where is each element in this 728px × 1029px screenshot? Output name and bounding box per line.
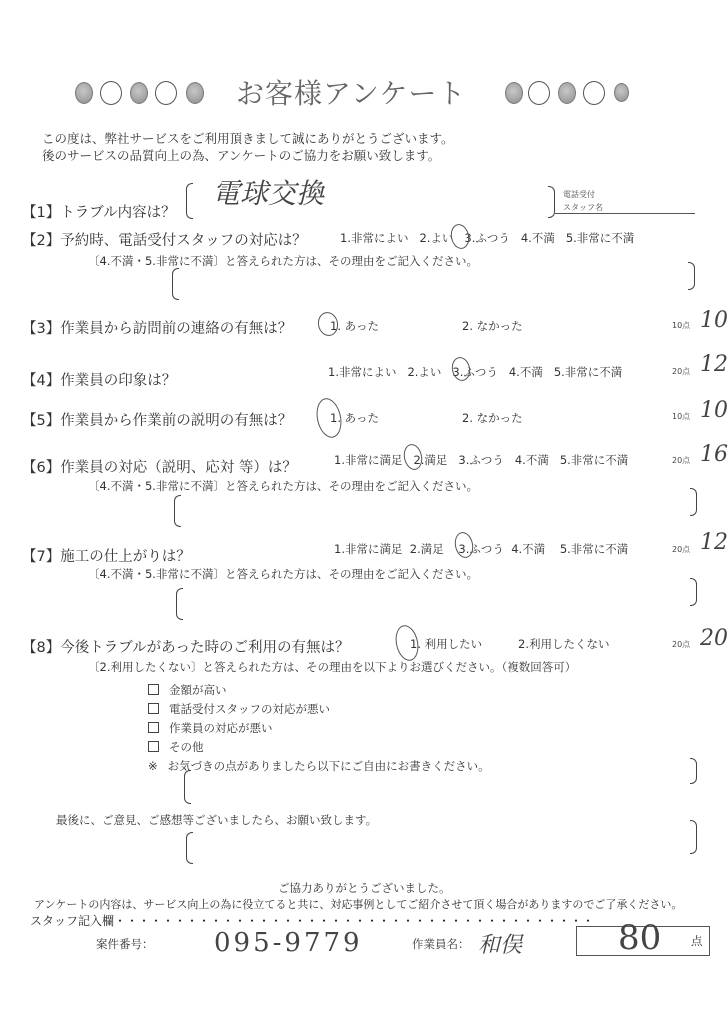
question-4-options: 1.非常によい 2.よい 3.ふつう 4.不満 5.非常に不満 bbox=[328, 364, 622, 380]
reason-bracket-right bbox=[688, 262, 695, 290]
question-6-options: 1.非常に満足 2.満足 3.ふつう 4.不満 5.非常に不満 bbox=[334, 452, 628, 468]
reason-bracket-left bbox=[176, 588, 183, 620]
score-value: 20 bbox=[700, 626, 728, 651]
option-3[interactable]: 3.ふつう bbox=[458, 453, 503, 467]
open-circle-icon bbox=[155, 81, 177, 105]
reason-bracket-left bbox=[174, 495, 181, 527]
checkbox-label: 電話受付スタッフの対応が悪い bbox=[169, 702, 330, 716]
staff-section-label: スタッフ記入欄・・・・・・・・・・・・・・・・・・・・・・・・・・・・・・・・・… bbox=[30, 912, 670, 929]
option-5[interactable]: 5.非常に不満 bbox=[560, 453, 628, 467]
filled-dot-icon bbox=[186, 82, 204, 104]
score-value: 10 bbox=[700, 308, 728, 333]
question-number: 【2】 bbox=[22, 233, 60, 249]
case-number-value[interactable]: 095-9779 bbox=[214, 928, 363, 958]
note-mark-icon: ※ bbox=[148, 759, 158, 773]
question-6: 【6】作業員の対応（説明、応対 等）は？ bbox=[22, 456, 297, 477]
worker-name-label: 作業員名： bbox=[412, 936, 470, 952]
max-points: 20点 bbox=[672, 366, 690, 377]
filled-dot-icon bbox=[130, 82, 148, 104]
question-number: 【4】 bbox=[22, 373, 60, 389]
reason-prompt: 〔4.不満・5.非常に不満〕と答えられた方は、その理由をご記入ください。 bbox=[88, 253, 478, 269]
option-2[interactable]: 2. なかった bbox=[462, 410, 523, 426]
checkbox-label: その他 bbox=[169, 740, 204, 754]
option-2[interactable]: 2.利用したくない bbox=[518, 636, 609, 652]
final-comment-prompt: 最後に、ご意見、ご感想等ございましたら、お願い致します。 bbox=[56, 812, 377, 828]
checkbox-item[interactable]: 作業員の対応が悪い bbox=[148, 719, 490, 738]
note-line: ※お気づきの点がありましたら以下にご自由にお書きください。 bbox=[148, 757, 490, 776]
question-7: 【7】施工の仕上がりは？ bbox=[22, 545, 191, 566]
filled-dot-icon bbox=[505, 82, 523, 104]
option-1[interactable]: 1.非常によい bbox=[328, 365, 396, 379]
question-number: 【7】 bbox=[22, 549, 60, 565]
phone-staff-name-label: 電話受付 スタッフ名 bbox=[563, 188, 603, 214]
max-points: 10点 bbox=[672, 320, 690, 331]
score-value: 16 bbox=[700, 442, 728, 467]
reason-prompt: 〔4.不満・5.非常に不満〕と答えられた方は、その理由をご記入ください。 bbox=[88, 566, 478, 582]
total-score-value: 80 bbox=[618, 918, 661, 958]
question-text: トラブル内容は？ bbox=[60, 205, 175, 221]
max-points: 10点 bbox=[672, 411, 690, 422]
question-8: 【8】今後トラブルがあった時のご利用の有無は？ bbox=[22, 636, 350, 657]
question-4: 【4】作業員の印象は？ bbox=[22, 369, 176, 390]
question-7-options: 1.非常に満足 2.満足 3.ふつう 4.不満 5.非常に不満 bbox=[334, 541, 628, 557]
reason-bracket-right bbox=[690, 488, 697, 516]
survey-header: お客様アンケート bbox=[0, 72, 728, 112]
intro-line-1: この度は、弊社サービスをご利用頂きまして誠にありがとうございます。 bbox=[42, 130, 454, 147]
option-4[interactable]: 4.不満 bbox=[511, 542, 545, 556]
question-text: 今後トラブルがあった時のご利用の有無は？ bbox=[60, 640, 349, 656]
reason-prompt: 〔2.利用したくない〕と答えられた方は、その理由を以下よりお選びください。（複数… bbox=[88, 659, 576, 675]
option-2[interactable]: 2.よい bbox=[407, 365, 441, 379]
thanks-text: ご協力ありがとうございました。 bbox=[278, 880, 451, 896]
notice-text: アンケートの内容は、サービス向上の為に役立てると共に、対応事例としてご紹介させて… bbox=[34, 896, 682, 912]
question-2-options: 1.非常によい 2.よい 3.ふつう 4.不満 5.非常に不満 bbox=[340, 230, 634, 246]
checkbox[interactable] bbox=[148, 722, 159, 733]
filled-dot-icon bbox=[614, 83, 629, 102]
option-5[interactable]: 5.非常に不満 bbox=[554, 365, 622, 379]
max-points: 20点 bbox=[672, 544, 690, 555]
open-circle-icon bbox=[583, 81, 605, 105]
reason-bracket-left bbox=[172, 268, 179, 300]
option-5[interactable]: 5.非常に不満 bbox=[560, 542, 628, 556]
question-text: 予約時、電話受付スタッフの対応は？ bbox=[60, 233, 307, 249]
selected-answer-circle bbox=[313, 396, 345, 440]
filled-dot-icon bbox=[558, 82, 576, 104]
checkbox-item[interactable]: 金額が高い bbox=[148, 681, 490, 700]
question-5: 【5】作業員から作業前の説明の有無は？ bbox=[22, 409, 292, 430]
staff-box-line-1: 電話受付 bbox=[563, 188, 603, 201]
note-bracket-right bbox=[690, 758, 697, 784]
option-5[interactable]: 5.非常に不満 bbox=[566, 231, 634, 245]
checkbox[interactable] bbox=[148, 741, 159, 752]
intro-text: この度は、弊社サービスをご利用頂きまして誠にありがとうございます。 後のサービス… bbox=[42, 130, 454, 164]
checkbox[interactable] bbox=[148, 703, 159, 714]
question-text: 施工の仕上がりは？ bbox=[60, 549, 191, 565]
page-title: お客様アンケート bbox=[236, 72, 466, 112]
question-number: 【5】 bbox=[22, 413, 60, 429]
filled-dot-icon bbox=[75, 82, 93, 104]
answer-bracket-right bbox=[548, 186, 555, 218]
note-text: お気づきの点がありましたら以下にご自由にお書きください。 bbox=[168, 759, 490, 773]
checkbox[interactable] bbox=[148, 684, 159, 695]
max-points: 20点 bbox=[672, 639, 690, 650]
total-score-unit: 点 bbox=[691, 933, 703, 949]
question-number: 【1】 bbox=[22, 205, 60, 221]
question-2: 【2】予約時、電話受付スタッフの対応は？ bbox=[22, 229, 307, 250]
question-number: 【6】 bbox=[22, 460, 60, 476]
staff-name-underline bbox=[555, 213, 695, 214]
open-circle-icon bbox=[528, 81, 550, 105]
comment-bracket-right bbox=[690, 820, 697, 854]
option-2[interactable]: 2.満足 bbox=[410, 542, 444, 556]
checkbox-item[interactable]: その他 bbox=[148, 738, 490, 757]
reason-prompt: 〔4.不満・5.非常に不満〕と答えられた方は、その理由をご記入ください。 bbox=[88, 478, 478, 494]
question-text: 作業員の印象は？ bbox=[60, 373, 176, 389]
score-value: 12 bbox=[700, 530, 728, 555]
option-4[interactable]: 4.不満 bbox=[521, 231, 555, 245]
option-2[interactable]: 2.よい bbox=[419, 231, 453, 245]
option-2[interactable]: 2. なかった bbox=[462, 318, 523, 334]
note-bracket-left bbox=[184, 770, 191, 804]
selected-answer-circle bbox=[449, 222, 472, 250]
option-4[interactable]: 4.不満 bbox=[509, 365, 543, 379]
trouble-answer-handwritten[interactable]: 電球交換 bbox=[212, 172, 324, 212]
worker-name-value[interactable]: 和俣 bbox=[478, 928, 522, 959]
option-1[interactable]: 1.非常に満足 bbox=[334, 453, 402, 467]
case-number-label: 案件番号： bbox=[96, 936, 154, 952]
comment-bracket-left bbox=[186, 832, 193, 864]
option-1[interactable]: 1.非常によい bbox=[340, 231, 408, 245]
option-1[interactable]: 1.非常に満足 bbox=[334, 542, 402, 556]
question-number: 【8】 bbox=[22, 640, 60, 656]
question-3: 【3】作業員から訪問前の連絡の有無は？ bbox=[22, 317, 292, 338]
question-text: 作業員の対応（説明、応対 等）は？ bbox=[60, 460, 297, 476]
reason-bracket-right bbox=[690, 578, 697, 606]
question-1: 【1】トラブル内容は？ bbox=[22, 201, 176, 222]
question-text: 作業員から作業前の説明の有無は？ bbox=[60, 413, 292, 429]
option-3[interactable]: 3.ふつう bbox=[464, 231, 509, 245]
reason-checkbox-list: 金額が高い 電話受付スタッフの対応が悪い 作業員の対応が悪い その他 ※お気づき… bbox=[148, 681, 490, 776]
max-points: 20点 bbox=[672, 455, 690, 466]
option-1[interactable]: 1. 利用したい bbox=[410, 636, 482, 652]
selected-answer-circle bbox=[392, 623, 421, 663]
answer-bracket-left bbox=[186, 183, 193, 219]
question-number: 【3】 bbox=[22, 321, 60, 337]
score-value: 10 bbox=[700, 398, 728, 423]
question-text: 作業員から訪問前の連絡の有無は？ bbox=[60, 321, 292, 337]
checkbox-label: 金額が高い bbox=[169, 683, 227, 697]
intro-line-2: 後のサービスの品質向上の為、アンケートのご協力をお願い致します。 bbox=[42, 147, 454, 164]
checkbox-label: 作業員の対応が悪い bbox=[169, 721, 273, 735]
open-circle-icon bbox=[100, 81, 122, 105]
option-4[interactable]: 4.不満 bbox=[515, 453, 549, 467]
checkbox-item[interactable]: 電話受付スタッフの対応が悪い bbox=[148, 700, 490, 719]
score-value: 12 bbox=[700, 352, 728, 377]
